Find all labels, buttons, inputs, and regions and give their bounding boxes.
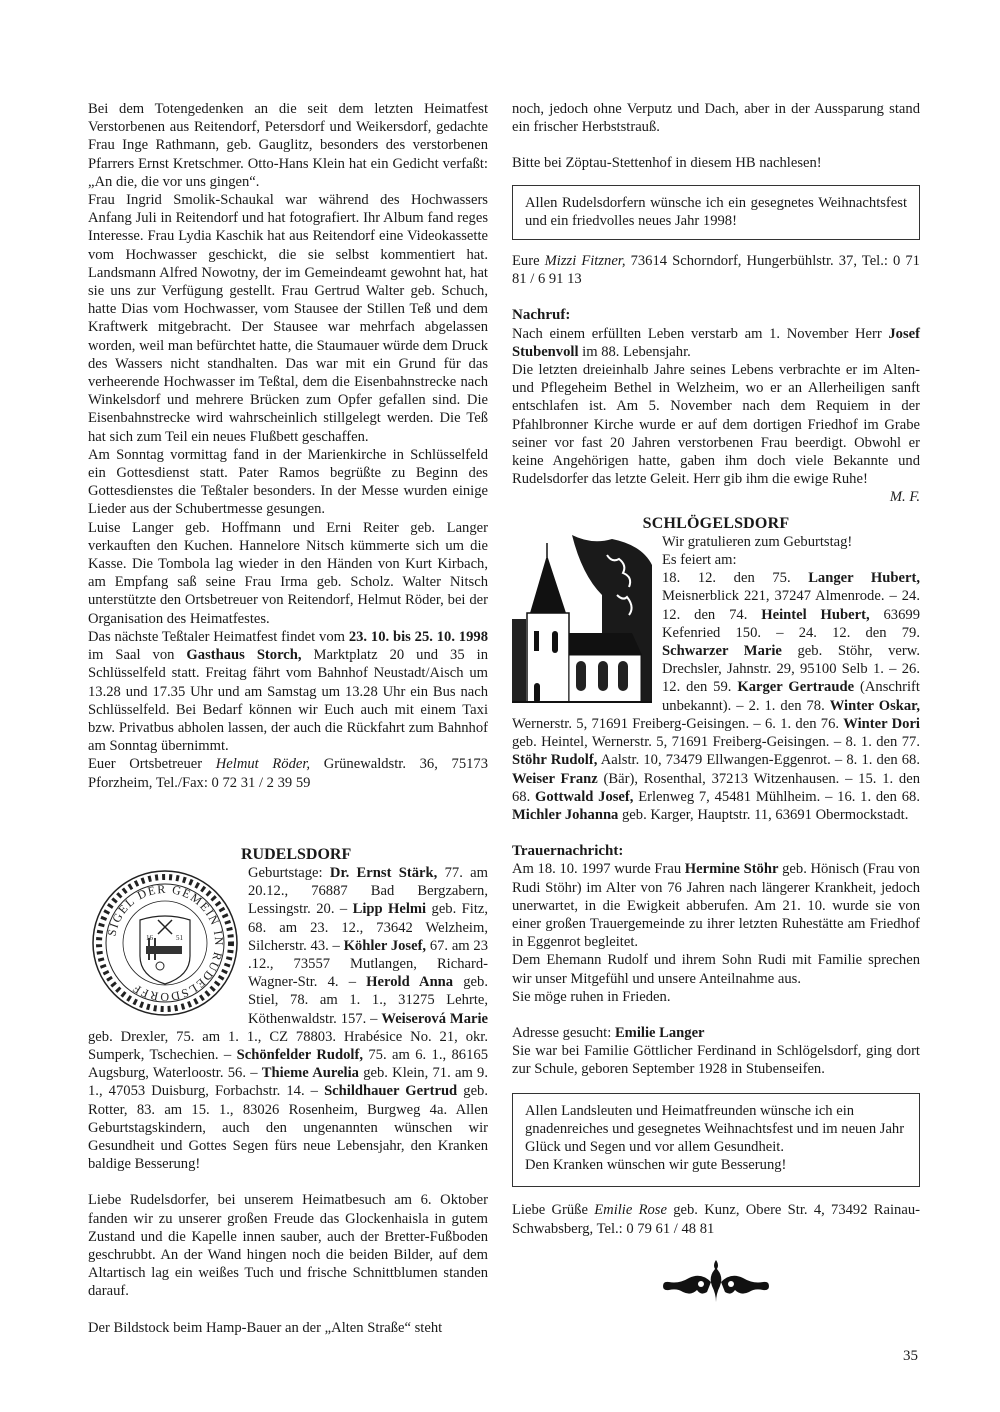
birthday-name: Weiserová Marie xyxy=(381,1011,488,1027)
birthday-name: Thieme Aurelia xyxy=(262,1065,359,1081)
nachruf-heading: Nachruf: xyxy=(512,306,920,324)
birthday-name: Winter Dori xyxy=(843,716,920,732)
birthday-name: Heintel Hubert, xyxy=(761,607,869,623)
page-number: 35 xyxy=(903,1348,918,1365)
birthday-name: Michler Johanna xyxy=(512,807,618,823)
bildstock-paragraph: Der Bildstock beim Hamp-Bauer an der „Al… xyxy=(88,1319,488,1337)
nachruf-body: Die letzten dreieinhalb Jahre seines Leb… xyxy=(512,361,920,488)
birthday-name: Gottwald Josef, xyxy=(535,789,633,805)
birthday-name: Karger Gertraude xyxy=(737,679,854,695)
left-column: Bei dem Totengedenken an die seit dem le… xyxy=(88,100,488,1337)
rose-signature: Liebe Grüße Emilie Rose geb. Kunz, Obere… xyxy=(512,1201,920,1237)
birthday-name: Dr. Ernst Stärk, xyxy=(330,865,437,881)
trauer-heading: Trauernachricht: xyxy=(512,842,920,860)
birthday-name: Herold Anna xyxy=(366,974,453,990)
birthday-name: Weiser Franz xyxy=(512,771,598,787)
christmas-greeting-box: Allen Rudelsdorfern wünsche ich ein gese… xyxy=(512,185,920,240)
church-illustration-icon xyxy=(512,535,652,703)
fitzner-signature: Eure Mizzi Fitzner, 73614 Schorndorf, Hu… xyxy=(512,252,920,288)
trauer-body: Am 18. 10. 1997 wurde Frau Hermine Stöhr… xyxy=(512,860,920,951)
birthday-name: Stöhr Rudolf, xyxy=(512,752,597,768)
birthday-name: Schildhauer Gertrud xyxy=(324,1083,457,1099)
nachruf-signature: M. F. xyxy=(512,488,920,506)
ornament-flourish-icon xyxy=(661,1258,771,1304)
hochwasser-paragraph: Frau Ingrid Smolik-Schaukal war während … xyxy=(88,191,488,446)
landsleute-greeting-box: Allen Landsleuten und Heimatfreunden wün… xyxy=(512,1093,920,1188)
totengedenken-paragraph: Bei dem Totengedenken an die seit dem le… xyxy=(88,100,488,191)
birthday-name: Köhler Josef, xyxy=(344,938,427,954)
birthday-name: Schwarzer Marie xyxy=(662,643,782,659)
adresse-gesucht: Adresse gesucht: Emilie Langer xyxy=(512,1024,920,1042)
ortsbetreuer-signature: Euer Ortsbetreuer Helmut Röder, Grünewal… xyxy=(88,755,488,791)
rudelsdorf-seal-icon: SIGEL DER GEMEIN IN RUDELSDORFF 16 51 xyxy=(90,868,240,1018)
schloegelsdorf-heading: SCHLÖGELSDORF xyxy=(512,515,920,533)
right-column: noch, jedoch ohne Verputz und Dach, aber… xyxy=(512,100,920,1304)
gottesdienst-paragraph: Am Sonntag vormittag fand in der Marienk… xyxy=(88,446,488,519)
svg-text:51: 51 xyxy=(176,934,184,942)
birthday-name: Winter Oskar, xyxy=(830,698,920,714)
birthday-name: Schönfelder Rudolf, xyxy=(237,1047,363,1063)
heimatfest-date: 23. 10. bis 25. 10. 1998 xyxy=(349,629,488,645)
nachruf-intro: Nach einem erfüllten Leben verstarb am 1… xyxy=(512,325,920,361)
birthday-name: Lipp Helmi xyxy=(353,901,427,917)
trauer-rest: Sie möge ruhen in Frieden. xyxy=(512,988,920,1006)
bildstock-continued: noch, jedoch ohne Verputz und Dach, aber… xyxy=(512,100,920,136)
heimatfest-venue: Gasthaus Storch, xyxy=(186,647,301,663)
next-heimatfest-paragraph: Das nächste Teßtaler Heimatfest findet v… xyxy=(88,628,488,755)
adresse-body: Sie war bei Familie Göttlicher Ferdinand… xyxy=(512,1042,920,1078)
birthday-name: Langer Hubert, xyxy=(808,570,920,586)
trauer-condolence: Dem Ehemann Rudolf und ihrem Sohn Rudi m… xyxy=(512,951,920,987)
hb-note: Bitte bei Zöptau-Stettenhof in diesem HB… xyxy=(512,154,920,172)
heimatbesuch-paragraph: Liebe Rudelsdorfer, bei unserem Heimatbe… xyxy=(88,1191,488,1300)
helpers-paragraph: Luise Langer geb. Hoffmann und Erni Reit… xyxy=(88,519,488,628)
rudelsdorf-heading: RUDELSDORF xyxy=(241,846,488,864)
